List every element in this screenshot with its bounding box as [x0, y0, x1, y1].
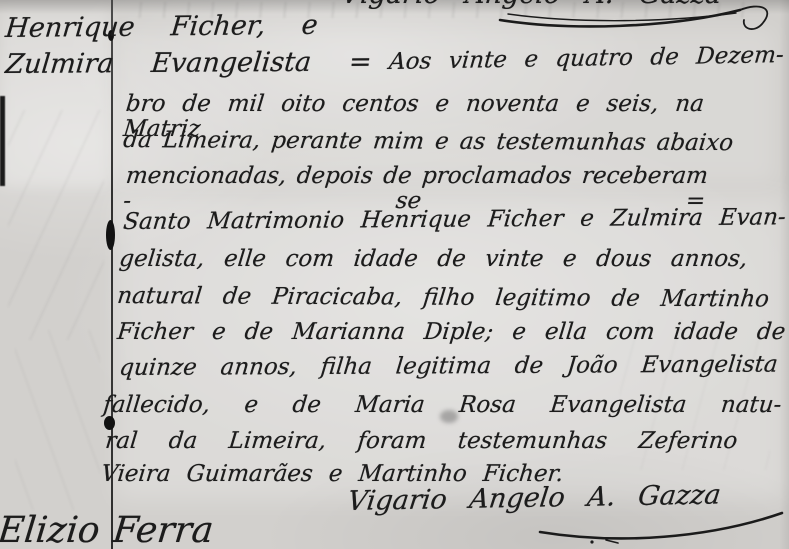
previous-record-signature-partial: Vigario Angelo A. Gazza	[340, 0, 723, 9]
bleedthrough-ghost	[8, 110, 104, 340]
record-text-line: Aos vinte e quatro de Dezem-	[388, 43, 785, 75]
margin-groom-name: Henrique Ficher, e	[4, 11, 319, 43]
record-text-line: Santo Matrimonio Henrique Ficher e Zulmi…	[122, 205, 787, 234]
record-text-line: Ficher e de Marianna Diple; e ella com i…	[116, 320, 787, 345]
record-text-line: gelista, elle com idade de vinte e dous …	[118, 247, 749, 272]
paper-highlight	[115, 195, 785, 500]
bleedthrough-ghost	[15, 330, 100, 510]
ink-blot	[106, 220, 115, 250]
page-edge-mark	[0, 96, 5, 186]
record-text-line: fallecido, e de Maria Rosa Evangelista n…	[102, 393, 783, 418]
record-text-line: quinze annos, filha legitima de João Eva…	[118, 353, 779, 381]
margin-bride-name: Zulmira Evangelista =	[4, 47, 373, 79]
record-text-line: da Limeira, perante mim e as testemunhas…	[122, 128, 734, 156]
scanned-document-page: Vigario Angelo A. Gazza Henrique Ficher,…	[0, 0, 789, 549]
vicar-signature: Vigario Angelo A. Gazza	[346, 481, 722, 517]
next-record-margin-name-partial: Elizio Ferra	[0, 512, 300, 549]
record-text-line: ral da Limeira, foram testemunhas Zeferi…	[104, 429, 739, 454]
record-text-line: natural de Piracicaba, filho legitimo de…	[116, 284, 770, 312]
